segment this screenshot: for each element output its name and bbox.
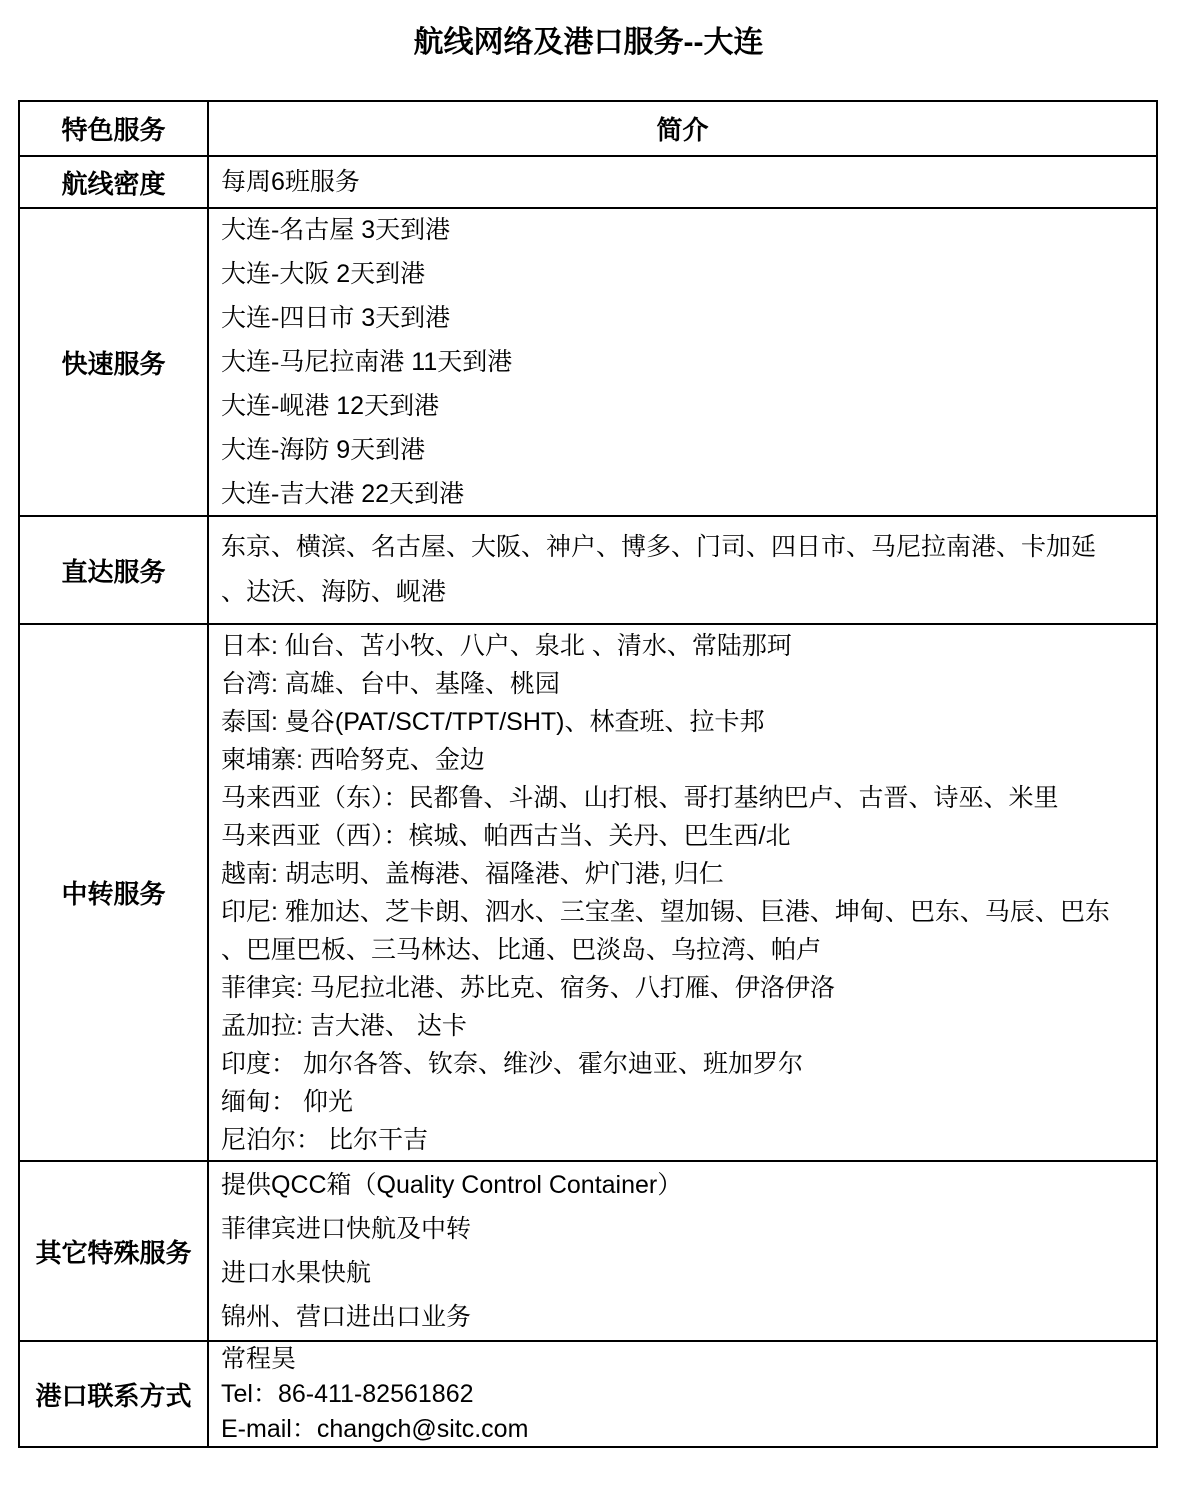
row-label: 直达服务: [20, 517, 209, 623]
content-line: 印度： 加尔各答、钦奈、维沙、霍尔迪亚、班加罗尔: [221, 1045, 1144, 1083]
content-line: 大连-吉大港 22天到港: [221, 472, 1144, 515]
row-content: 提供QCC箱（Quality Control Container） 菲律宾进口快…: [209, 1162, 1156, 1340]
content-line: 大连-岘港 12天到港: [221, 384, 1144, 428]
content-line: 马来西亚（西）：槟城、帕西古当、关丹、巴生西/北: [221, 817, 1144, 855]
table-row-direct-service: 直达服务 东京、横滨、名古屋、大阪、神户、博多、门司、四日市、马尼拉南港、卡加延…: [20, 515, 1156, 623]
content-line: 提供QCC箱（Quality Control Container）: [221, 1163, 1144, 1207]
row-label: 航线密度: [20, 157, 209, 207]
content-line: 印尼: 雅加达、芝卡朗、泗水、三宝垄、望加锡、巨港、坤甸、巴东、马辰、巴东: [221, 893, 1144, 931]
content-line: 菲律宾进口快航及中转: [221, 1207, 1144, 1251]
row-label: 港口联系方式: [20, 1342, 209, 1446]
page-title: 航线网络及港口服务--大连: [0, 0, 1177, 62]
row-content: 每周6班服务: [209, 157, 1156, 207]
intro-column-header: 简介: [209, 102, 1156, 155]
content-line: 日本: 仙台、苫小牧、八户、泉北 、清水、常陆那珂: [221, 627, 1144, 665]
row-label: 中转服务: [20, 625, 209, 1160]
content-line: 进口水果快航: [221, 1251, 1144, 1295]
content-line: 柬埔寨: 西哈努克、金边: [221, 741, 1144, 779]
content-line: 大连-海防 9天到港: [221, 428, 1144, 472]
table-header-row: 特色服务 简介: [20, 102, 1156, 155]
content-line: 大连-四日市 3天到港: [221, 296, 1144, 340]
contact-name-text: 常程昊: [221, 1342, 1144, 1377]
content-line: 大连-大阪 2天到港: [221, 252, 1144, 296]
row-label: 其它特殊服务: [20, 1162, 209, 1340]
services-table: 特色服务 简介 航线密度 每周6班服务 快速服务 大连-名古屋 3天到港 大连-…: [18, 100, 1158, 1448]
content-line: 台湾: 高雄、台中、基隆、桃园: [221, 665, 1144, 703]
content-line: 孟加拉: 吉大港、 达卡: [221, 1007, 1144, 1045]
contact-tel-text: Tel：86-411-82561862: [221, 1377, 1144, 1412]
contact-email-text: E-mail：changch@sitc.com: [221, 1412, 1144, 1447]
row-label: 快速服务: [20, 209, 209, 515]
content-line: 泰国: 曼谷(PAT/SCT/TPT/SHT)、林查班、拉卡邦: [221, 703, 1144, 741]
content-line: 、达沃、海防、岘港: [221, 570, 1144, 615]
content-line: 东京、横滨、名古屋、大阪、神户、博多、门司、四日市、马尼拉南港、卡加延: [221, 525, 1144, 570]
content-line: 菲律宾: 马尼拉北港、苏比克、宿务、八打雁、伊洛伊洛: [221, 969, 1144, 1007]
content-line: 大连-马尼拉南港 11天到港: [221, 340, 1144, 384]
row-content: 东京、横滨、名古屋、大阪、神户、博多、门司、四日市、马尼拉南港、卡加延 、达沃、…: [209, 517, 1156, 623]
content-line: 每周6班服务: [221, 164, 1144, 200]
table-row-port-contact: 港口联系方式 常程昊 Tel：86-411-82561862 E-mail：ch…: [20, 1340, 1156, 1446]
table-row-density: 航线密度 每周6班服务: [20, 155, 1156, 207]
row-content: 大连-名古屋 3天到港 大连-大阪 2天到港 大连-四日市 3天到港 大连-马尼…: [209, 209, 1156, 515]
content-line: 马来西亚（东）：民都鲁、斗湖、山打根、哥打基纳巴卢、古晋、诗巫、米里: [221, 779, 1144, 817]
table-row-other-special-service: 其它特殊服务 提供QCC箱（Quality Control Container）…: [20, 1160, 1156, 1340]
table-row-transit-service: 中转服务 日本: 仙台、苫小牧、八户、泉北 、清水、常陆那珂 台湾: 高雄、台中…: [20, 623, 1156, 1160]
content-line: 大连-名古屋 3天到港: [221, 209, 1144, 252]
feature-column-header: 特色服务: [20, 102, 209, 155]
content-line: 锦州、营口进出口业务: [221, 1295, 1144, 1339]
table-row-quick-service: 快速服务 大连-名古屋 3天到港 大连-大阪 2天到港 大连-四日市 3天到港 …: [20, 207, 1156, 515]
content-line: 、巴厘巴板、三马林达、比通、巴淡岛、乌拉湾、帕卢: [221, 931, 1144, 969]
content-line: 缅甸： 仰光: [221, 1083, 1144, 1121]
content-line: 尼泊尔： 比尔干吉: [221, 1121, 1144, 1159]
content-line: 越南: 胡志明、盖梅港、福隆港、炉门港, 归仁: [221, 855, 1144, 893]
row-content: 常程昊 Tel：86-411-82561862 E-mail：changch@s…: [209, 1342, 1156, 1446]
row-content: 日本: 仙台、苫小牧、八户、泉北 、清水、常陆那珂 台湾: 高雄、台中、基隆、桃…: [209, 625, 1156, 1160]
